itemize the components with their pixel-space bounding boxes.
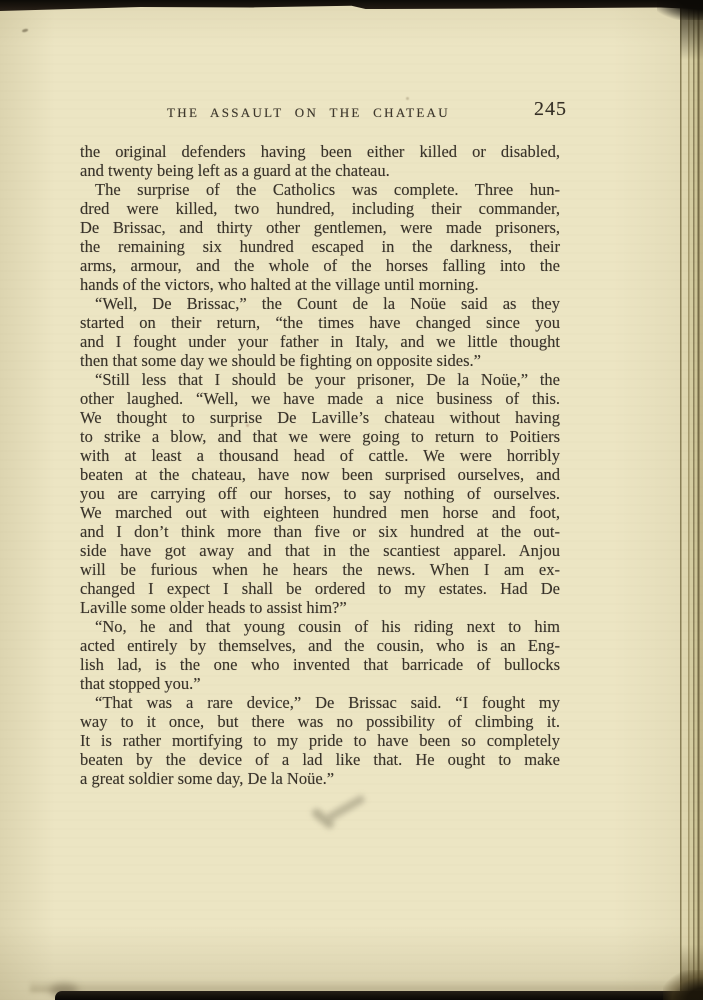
running-header: THE ASSAULT ON THE CHATEAU 245 xyxy=(80,100,567,126)
text-line: and I don’t think more than five or six … xyxy=(80,522,560,541)
text-line: then that some day we should be fighting… xyxy=(80,351,560,370)
text-line: We marched out with eighteen hundred men… xyxy=(80,503,560,522)
paper-speck xyxy=(22,28,28,32)
text-line: “No, he and that young cousin of his rid… xyxy=(80,617,560,636)
book-page-scan: THE ASSAULT ON THE CHATEAU 245 the origi… xyxy=(0,0,703,1000)
text-line: De Brissac, and thirty other gentlemen, … xyxy=(80,218,560,237)
text-line: way to it once, but there was no possibi… xyxy=(80,712,560,731)
text-line: hands of the victors, who halted at the … xyxy=(80,275,560,294)
text-line: and twenty being left as a guard at the … xyxy=(80,161,560,180)
stacked-page-edges xyxy=(680,0,703,1000)
text-line: you are carrying off our horses, to say … xyxy=(80,484,560,503)
text-line: side have got away and that in the scant… xyxy=(80,541,560,560)
text-block: the original defenders having been eithe… xyxy=(80,142,560,788)
text-line: the original defenders having been eithe… xyxy=(80,142,560,161)
text-line: other laughed. “Well, we have made a nic… xyxy=(80,389,560,408)
text-line: Laville some older heads to assist him?” xyxy=(80,598,560,617)
text-line: changed I expect I shall be ordered to m… xyxy=(80,579,560,598)
scan-bottom-edge xyxy=(55,991,703,1000)
running-title: THE ASSAULT ON THE CHATEAU xyxy=(80,105,537,121)
text-line: will be furious when he hears the news. … xyxy=(80,560,560,579)
text-line: arms, armour, and the whole of the horse… xyxy=(80,256,560,275)
text-line: that stopped you.” xyxy=(80,674,560,693)
text-line: “Well, De Brissac,” the Count de la Noüe… xyxy=(80,294,560,313)
text-line: The surprise of the Catholics was comple… xyxy=(80,180,560,199)
text-line: with at least a thousand head of cattle.… xyxy=(80,446,560,465)
text-line: started on their return, “the times have… xyxy=(80,313,560,332)
text-line: dred were killed, two hundred, including… xyxy=(80,199,560,218)
scan-top-edge xyxy=(0,0,703,12)
text-line: “Still less that I should be your prison… xyxy=(80,370,560,389)
text-line: beaten by the device of a lad like that.… xyxy=(80,750,560,769)
text-line: “That was a rare device,” De Brissac sai… xyxy=(80,693,560,712)
text-line: lish lad, is the one who invented that b… xyxy=(80,655,560,674)
text-line: We thought to surprise De Laville’s chat… xyxy=(80,408,560,427)
text-line: and I fought under your father in Italy,… xyxy=(80,332,560,351)
text-line: to strike a blow, and that we were going… xyxy=(80,427,560,446)
text-line: a great soldier some day, De la Noüe.” xyxy=(80,769,560,788)
smudge-stroke xyxy=(326,794,366,822)
text-line: acted entirely by themselves, and the co… xyxy=(80,636,560,655)
page-number: 245 xyxy=(534,98,567,121)
smudge-stroke xyxy=(310,807,336,831)
text-line: It is rather mortifying to my pride to h… xyxy=(80,731,560,750)
text-line: beaten at the chateau, have now been sur… xyxy=(80,465,560,484)
checkmark-smudge xyxy=(298,792,373,840)
text-line: the remaining six hundred escaped in the… xyxy=(80,237,560,256)
